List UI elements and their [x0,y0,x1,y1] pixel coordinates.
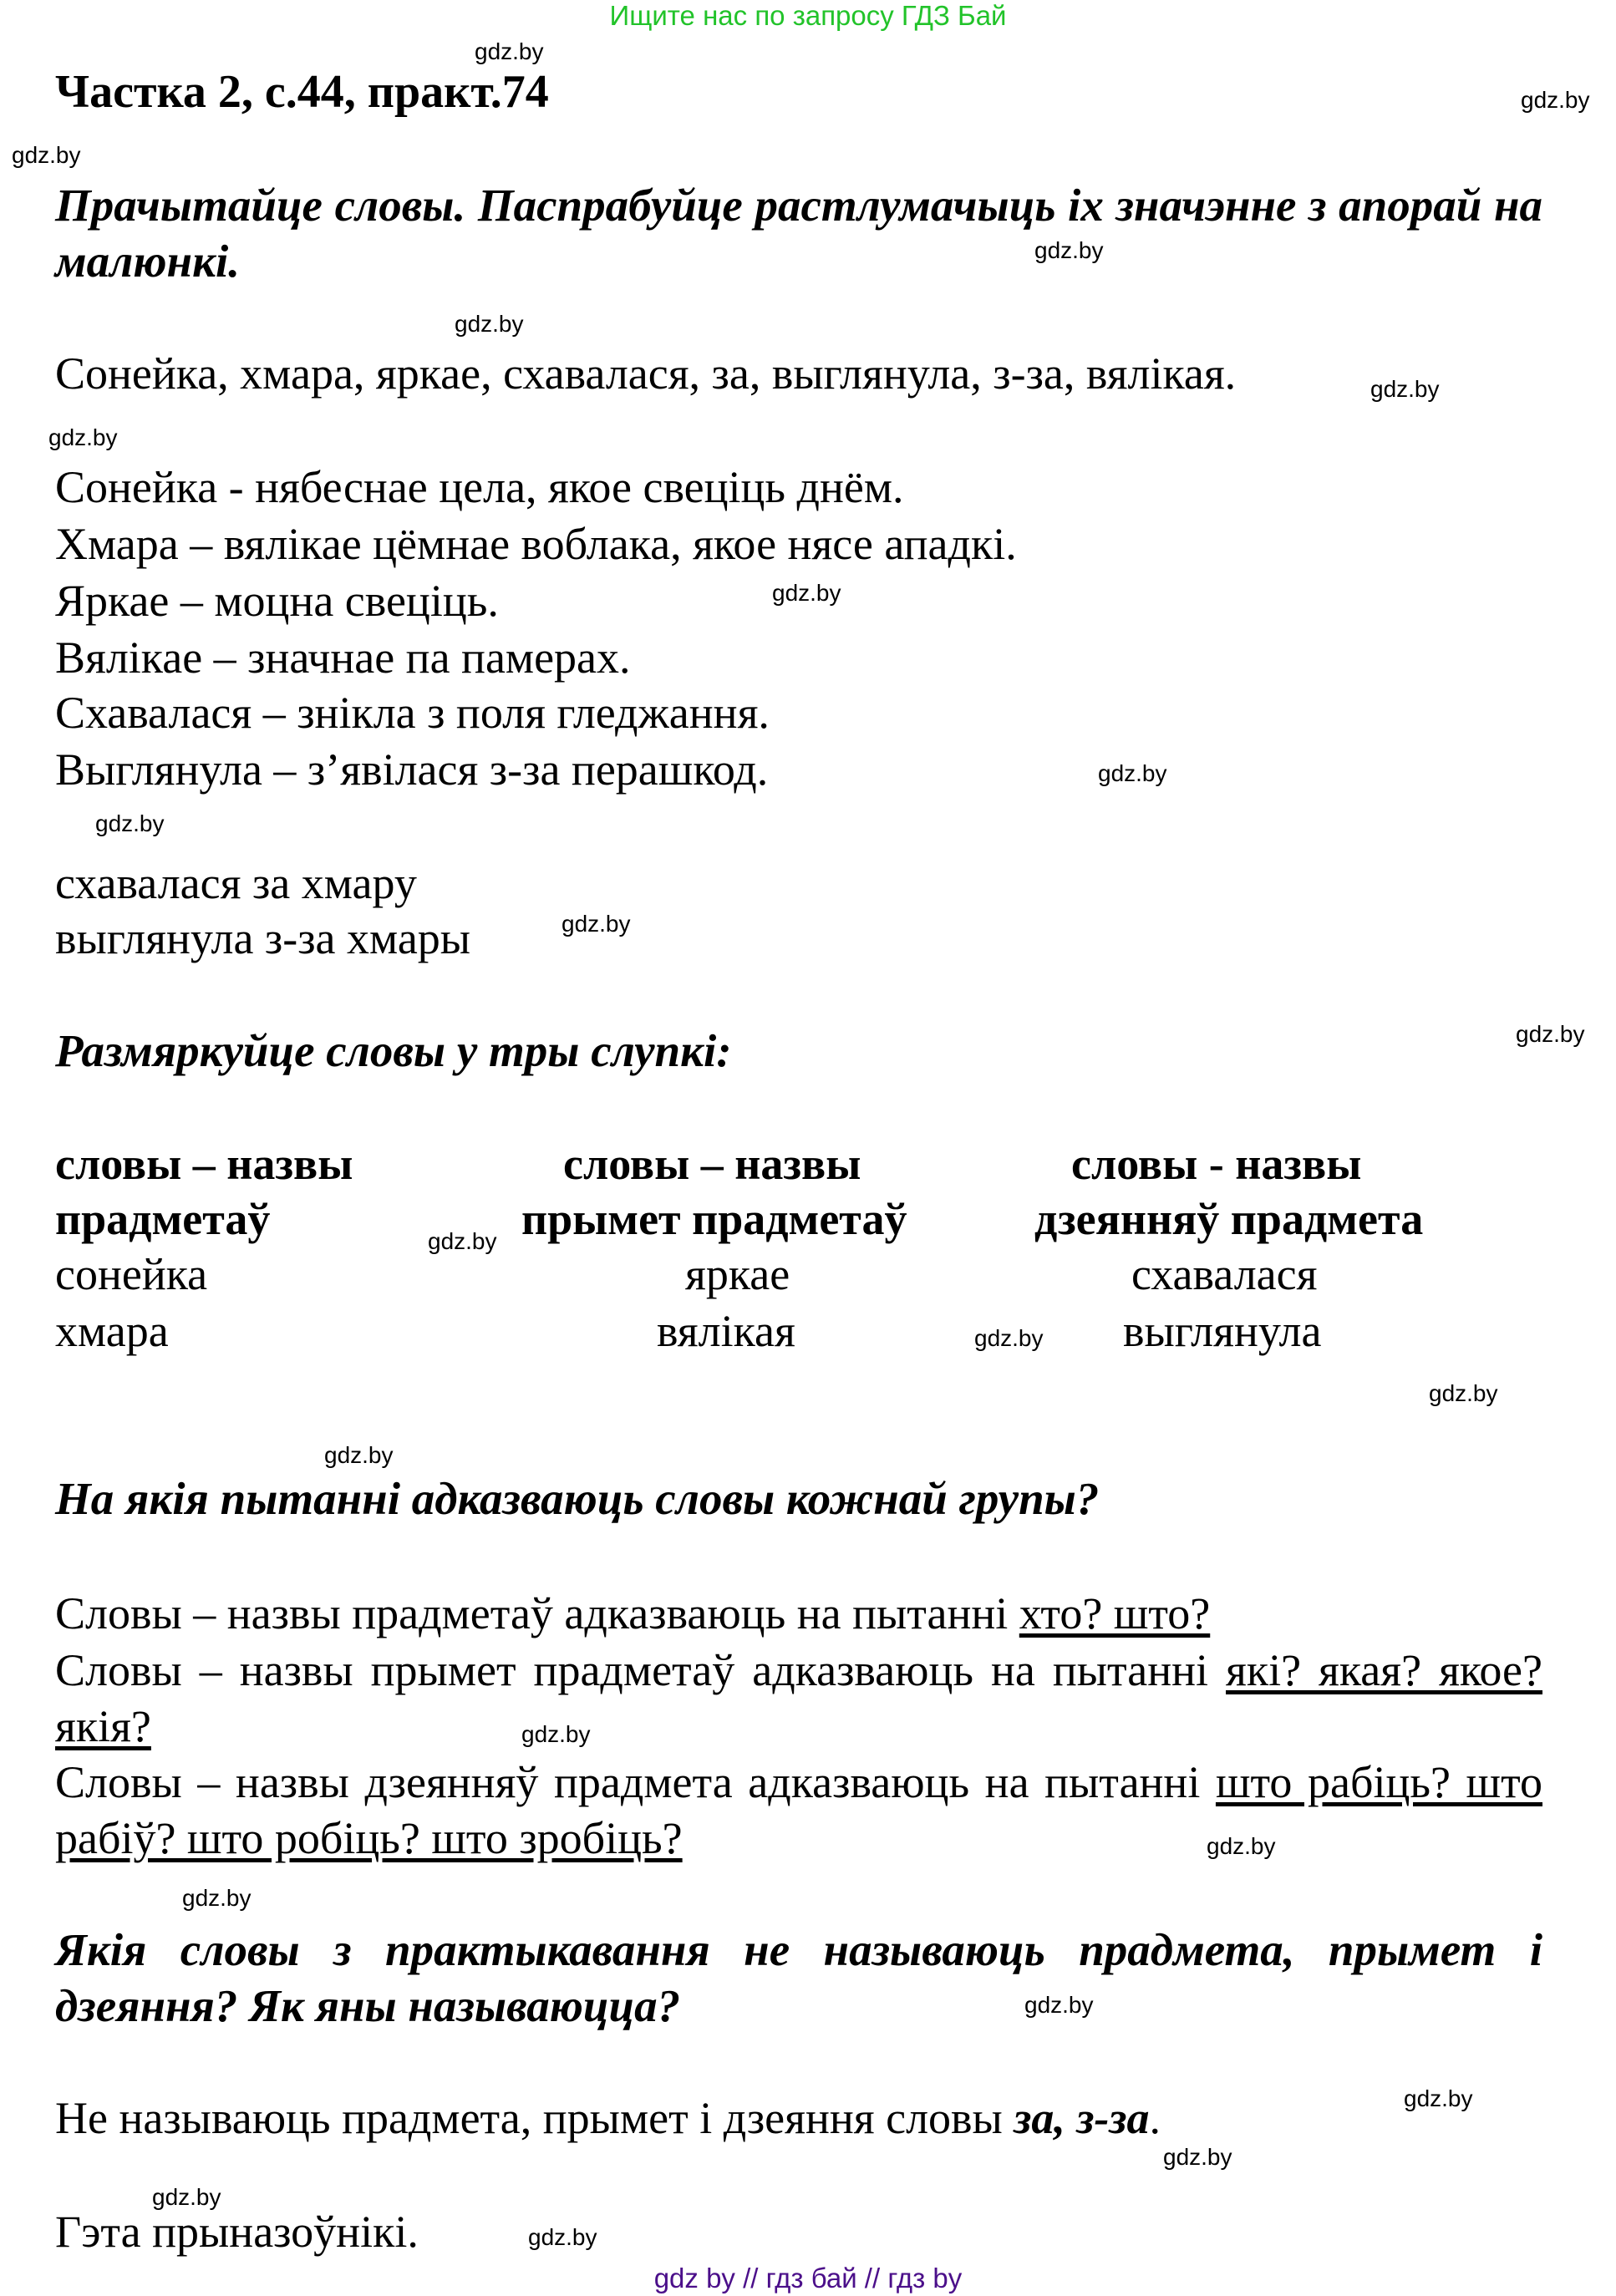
word-list: Сонейка, хмара, яркае, схавалася, за, вы… [55,348,1236,399]
column-header: словы – назвы [563,1138,861,1190]
answer-text: Словы – назвы прымет прадметаў адказваюц… [55,1645,1226,1695]
definition-item: Выглянула – з’явілася з-за перашкод. [55,744,768,795]
answer-4: Не называюць прадмета, прымет і дзеяння … [55,2092,1161,2144]
column-header: прымет прадметаў [521,1193,907,1245]
definition-item: Вялікае – значнае па памерах. [55,632,631,683]
watermark: gdz.by [772,580,841,607]
column-header: словы - назвы [1071,1138,1361,1190]
answer-4-conclusion: Гэта прыназоўнікі. [55,2206,419,2258]
footer-links[interactable]: gdz by // гдз бай // гдз by [0,2263,1616,2294]
column-item: хмара [55,1305,169,1357]
watermark: gdz.by [974,1325,1044,1352]
watermark: gdz.by [528,2224,597,2251]
task-2-prompt: Размяркуйце словы у тры слупкі: [55,1024,732,1077]
watermark: gdz.by [324,1442,394,1469]
watermark: gdz.by [182,1885,252,1912]
answer-words: за, з-за [1014,2093,1149,2143]
definition-item: Сонейка - нябеснае цела, якое свеціць дн… [55,461,904,513]
search-banner: Ищите нас по запросу ГДЗ Бай [0,0,1616,32]
definition-item: Хмара – вялікае цёмнае воблака, якое няс… [55,518,1017,570]
watermark: gdz.by [1516,1021,1585,1048]
definition-item: Схавалася – знікла з поля гледжання. [55,687,770,739]
watermark: gdz.by [48,424,118,451]
watermark: gdz.by [1370,376,1440,403]
column-item: яркае [685,1248,790,1300]
watermark: gdz.by [1521,87,1590,114]
watermark: gdz.by [95,810,165,837]
watermark: gdz.by [1098,760,1167,787]
watermark: gdz.by [12,142,81,169]
answer-text: Словы – назвы дзеянняў прадмета адказваю… [55,1757,1216,1807]
watermark: gdz.by [1404,2085,1473,2112]
answer-line: Словы – назвы дзеянняў прадмета адказваю… [55,1755,1542,1867]
watermark: gdz.by [1429,1380,1498,1407]
definition-item: Яркае – моцна свеціць. [55,575,499,627]
watermark: gdz.by [562,911,631,937]
column-item: схавалася [1131,1248,1317,1300]
page-title: Частка 2, с.44, практ.74 [55,65,549,119]
watermark: gdz.by [475,38,544,65]
column-header: словы – назвы [55,1138,353,1190]
watermark: gdz.by [455,311,524,338]
answer-end: . [1149,2093,1161,2143]
answer-text: Словы – назвы прадметаў адказваюць на пы… [55,1588,1019,1638]
column-item: сонейка [55,1248,207,1300]
phrase-item: схавалася за хмару [55,857,417,909]
answer-questions: хто? што? [1019,1588,1210,1638]
column-header: дзеянняў прадмета [1034,1193,1423,1245]
task-3-prompt: На якія пытанні адказваюць словы кожнай … [55,1472,1099,1525]
answer-text: Не называюць прадмета, прымет і дзеяння … [55,2093,1014,2143]
phrase-item: выглянула з-за хмары [55,912,470,964]
answer-line: Словы – назвы прымет прадметаў адказваюц… [55,1643,1542,1755]
task-4-prompt: Якія словы з практыкавання не называюць … [55,1922,1542,2034]
column-item: вялікая [657,1305,795,1357]
task-1-prompt: Прачытайце словы. Паспрабуйце растлумачы… [55,177,1542,289]
column-header: прадметаў [55,1193,270,1245]
answer-line: Словы – назвы прадметаў адказваюць на пы… [55,1587,1210,1639]
watermark: gdz.by [428,1228,497,1255]
column-item: выглянула [1123,1305,1321,1357]
watermark: gdz.by [1163,2144,1232,2171]
